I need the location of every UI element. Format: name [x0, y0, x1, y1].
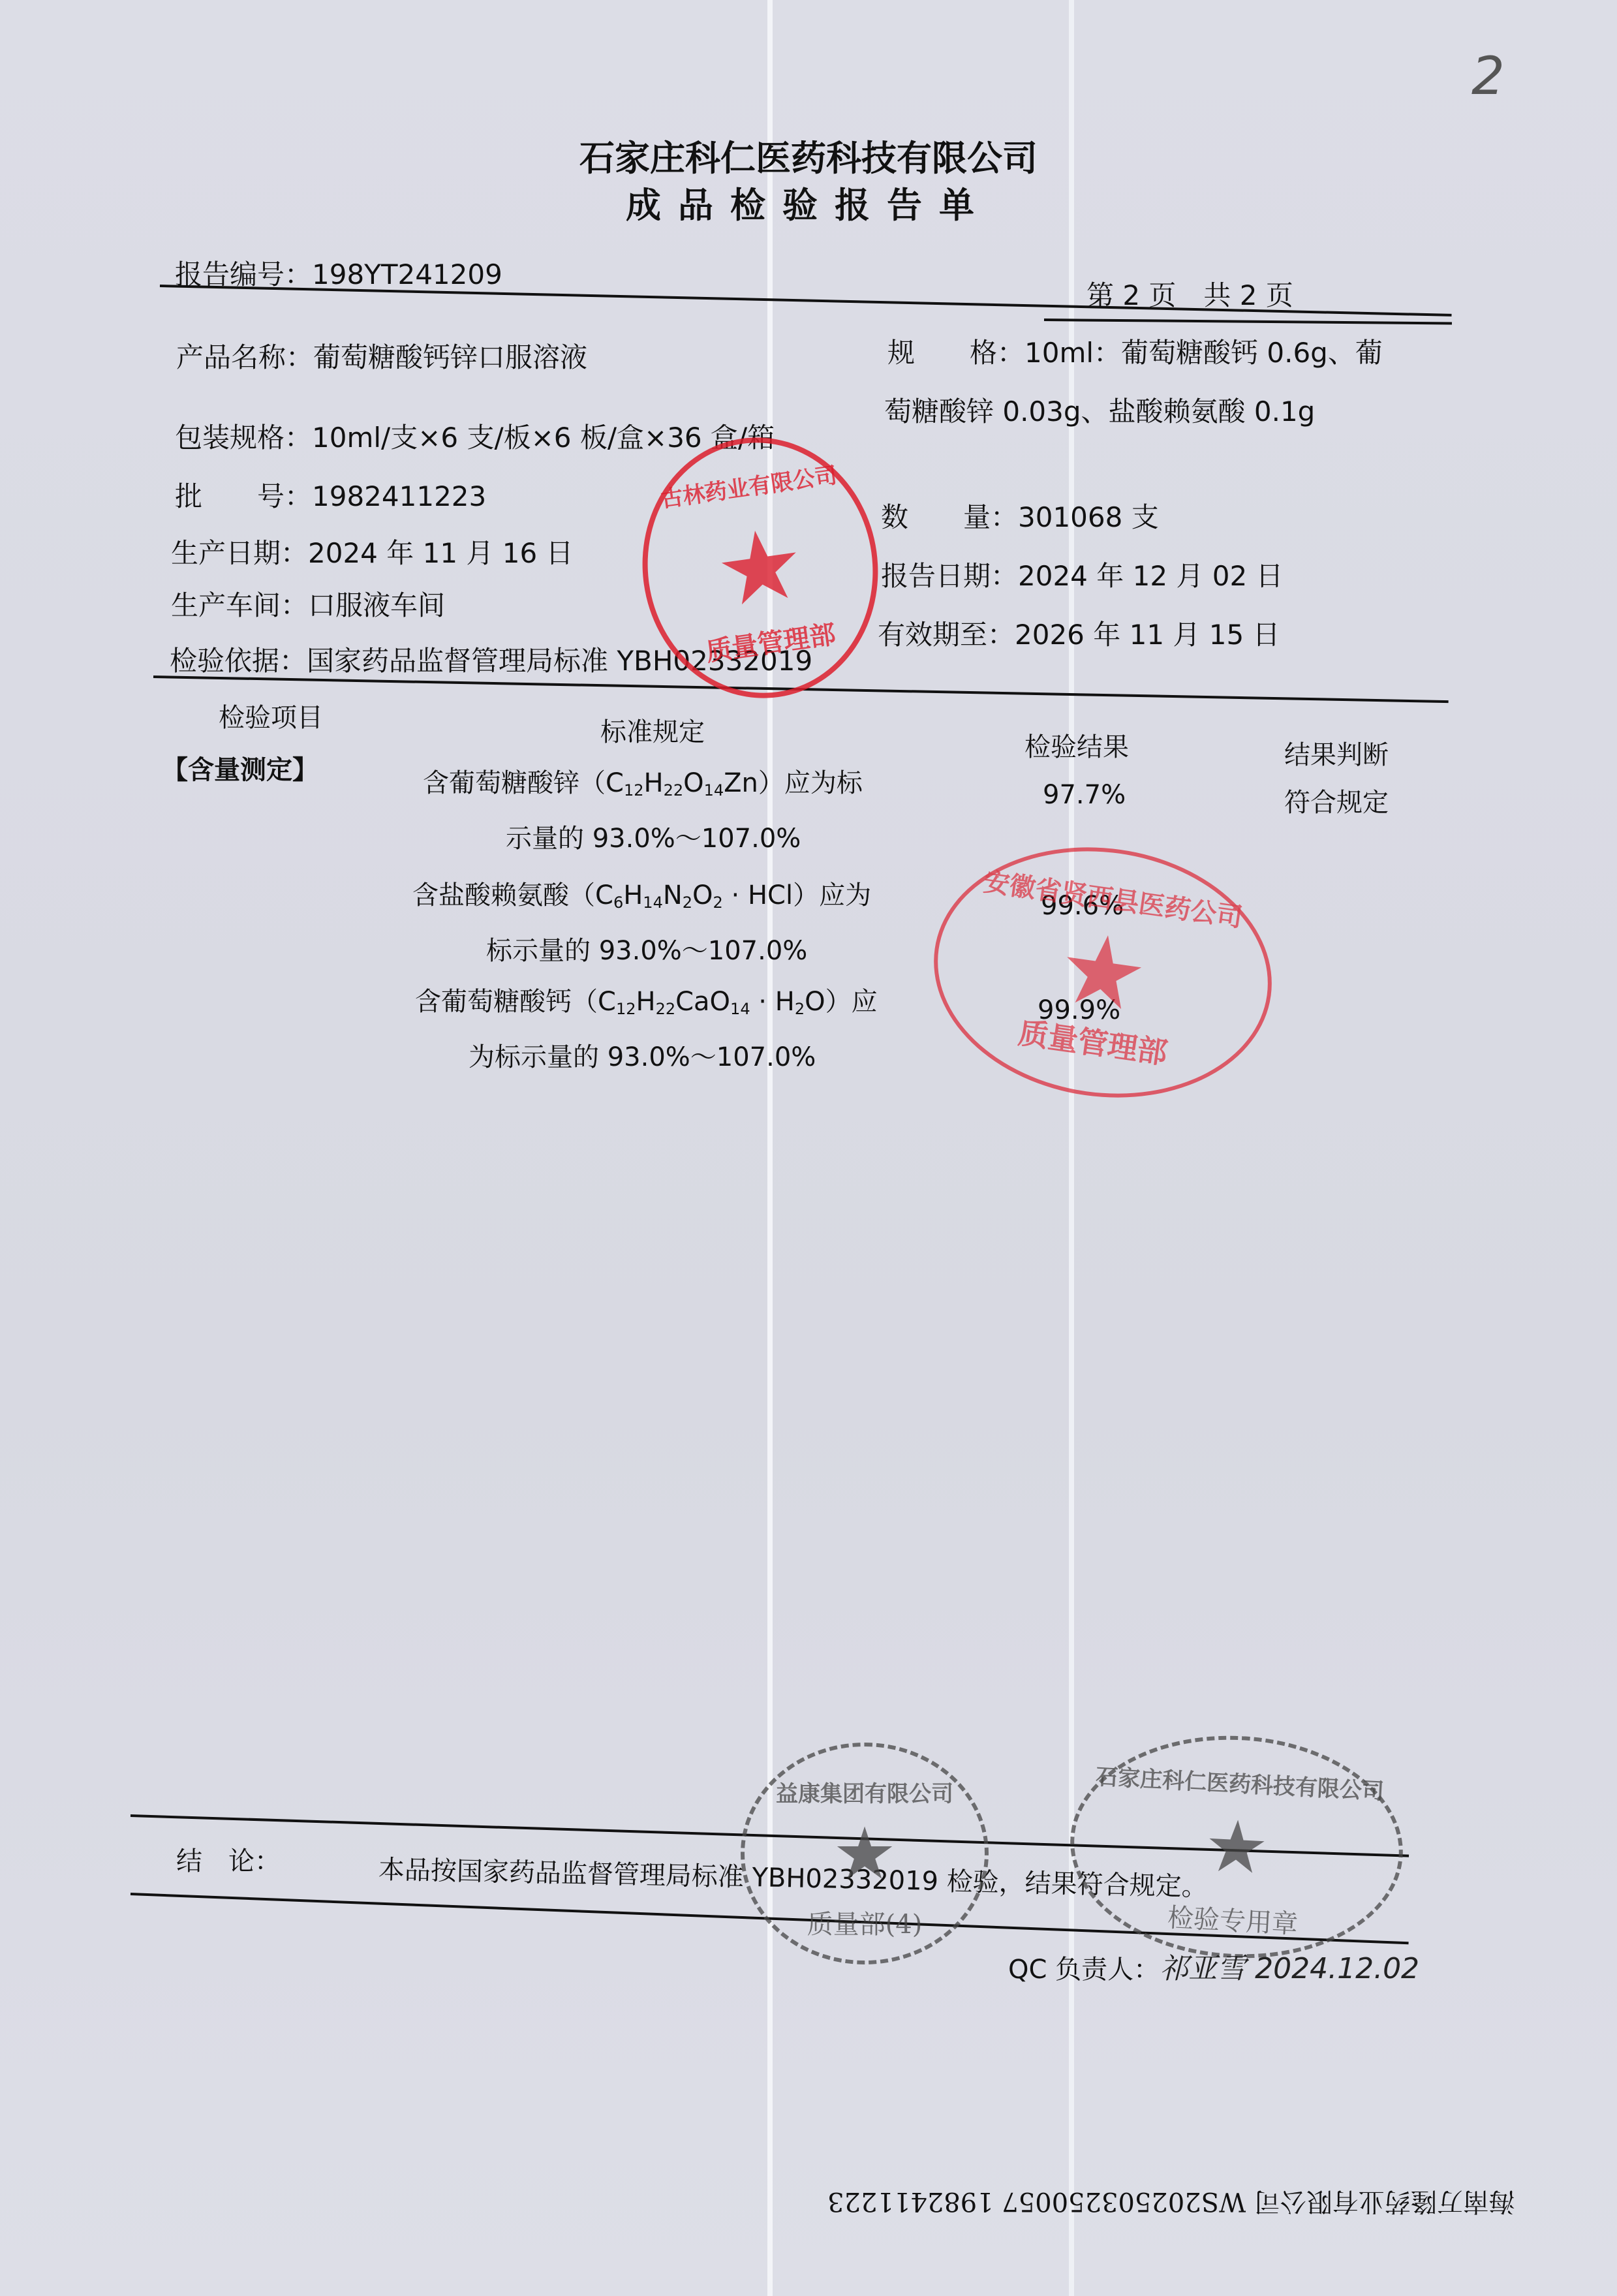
spec-value-line1: 10ml：葡萄糖酸钙 0.6g、葡	[1024, 337, 1383, 369]
workshop-field: 生产车间：口服液车间	[171, 584, 445, 623]
spec-field: 规 格：10ml：葡萄糖酸钙 0.6g、葡	[887, 332, 1383, 371]
standard-row-2-prefix: 含盐酸赖氨酸（	[412, 880, 595, 910]
inspection-basis-label: 检验依据：	[170, 645, 307, 677]
report-date-field: 报告日期：2024 年 12 月 02 日	[881, 555, 1284, 594]
production-date-field: 生产日期：2024 年 11 月 16 日	[171, 532, 574, 571]
product-name-label: 产品名称：	[176, 341, 313, 373]
test-item-assay: 【含量测定】	[162, 749, 318, 786]
workshop-value: 口服液车间	[308, 589, 445, 621]
stamp-1-top-text: 古林药业有限公司	[658, 458, 839, 514]
quality-dept-stamp-gray: ★ 益康集团有限公司 质量部(4)	[741, 1743, 989, 1964]
batch-label: 批 号：	[175, 480, 312, 512]
report-date-label: 报告日期：	[881, 560, 1018, 592]
standard-row-3-line-1: 含葡萄糖酸钙（C12H22CaO14 · H2O）应	[415, 981, 878, 1018]
col-header-result: 检验结果	[1024, 726, 1129, 764]
standard-row-1-line-1: 含葡萄糖酸锌（C12H22O14Zn）应为标	[423, 762, 863, 799]
page-marker-handwritten: 2	[1471, 46, 1505, 106]
standard-row-1-suffix: ）应为标	[758, 768, 863, 798]
standard-row-2-line-1: 含盐酸赖氨酸（C6H14N2O2 · HCl）应为	[412, 875, 871, 912]
spec-label: 规 格：	[887, 337, 1024, 369]
star-icon: ★	[710, 513, 810, 622]
expiry-field: 有效期至：2026 年 11 月 15 日	[878, 613, 1280, 653]
standard-row-2-line-2: 标示量的 93.0%～107.0%	[486, 930, 807, 967]
footer-mirrored-stamp-text: 海南万隆药业有限公司 WS202503250057 1982411223	[731, 2185, 1612, 2222]
product-name-field: 产品名称：葡萄糖酸钙锌口服溶液	[176, 336, 587, 375]
batch-field: 批 号：1982411223	[175, 475, 486, 514]
qc-signature: 祁亚雪 2024.12.02	[1160, 1952, 1419, 1985]
report-number-value: 198YT241209	[312, 258, 502, 290]
standard-row-3-line-2: 为标示量的 93.0%～107.0%	[469, 1036, 816, 1074]
standard-row-1-line-2: 示量的 93.0%～107.0%	[506, 818, 801, 855]
star-icon: ★	[1053, 918, 1153, 1027]
standard-row-3-prefix: 含葡萄糖酸钙（	[415, 987, 598, 1017]
stamp-3-top-text: 益康集团有限公司	[776, 1776, 953, 1808]
packing-field: 包装规格：10ml/支×6 支/板×6 板/盒×36 盒/箱	[175, 416, 775, 456]
standard-row-1-prefix: 含葡萄糖酸锌（	[423, 768, 606, 798]
spec-value-line2: 萄糖酸锌 0.03g、盐酸赖氨酸 0.1g	[884, 390, 1315, 429]
expiry-label: 有效期至：	[878, 619, 1015, 651]
report-date-value: 2024 年 12 月 02 日	[1018, 560, 1284, 592]
quantity-label: 数 量：	[881, 501, 1018, 533]
result-row-1: 97.7%	[1043, 780, 1126, 810]
formula-calcium-gluconate: C12H22CaO14 · H2O	[598, 987, 825, 1017]
production-date-label: 生产日期：	[171, 537, 308, 569]
product-name-value: 葡萄糖酸钙锌口服溶液	[313, 341, 587, 373]
col-header-standard: 标准规定	[600, 711, 705, 749]
formula-lysine-hcl: C6H14N2O2 · HCl	[595, 880, 793, 910]
quantity-field: 数 量：301068 支	[881, 496, 1159, 535]
col-header-item: 检验项目	[219, 697, 323, 734]
stamp-4-top-text: 石家庄科仁医药科技有限公司	[1095, 1759, 1385, 1806]
star-icon: ★	[833, 1818, 897, 1889]
qc-label: QC 负责人：	[1008, 1955, 1160, 1985]
star-icon: ★	[1203, 1809, 1270, 1884]
packing-value: 10ml/支×6 支/板×6 板/盒×36 盒/箱	[312, 422, 775, 454]
qc-signoff: QC 负责人：祁亚雪 2024.12.02	[1008, 1945, 1419, 1987]
stamp-2-bottom-text: 质量管理部	[1016, 1009, 1171, 1072]
stamp-3-bottom-text: 质量部(4)	[807, 1904, 923, 1941]
page-info: 第 2 页 共 2 页	[1086, 274, 1293, 313]
judgement-row-1: 符合规定	[1284, 782, 1389, 819]
stamp-4-bottom-text: 检验专用章	[1167, 1897, 1299, 1941]
packing-label: 包装规格：	[175, 422, 312, 454]
company-name: 石家庄科仁医药科技有限公司	[0, 131, 1617, 181]
formula-zinc-gluconate: C12H22O14Zn	[606, 768, 758, 798]
col-header-judgement: 结果判断	[1284, 734, 1389, 771]
expiry-value: 2026 年 11 月 15 日	[1015, 619, 1280, 651]
workshop-label: 生产车间：	[171, 589, 308, 621]
quantity-value: 301068 支	[1018, 501, 1159, 533]
conclusion-label: 结 论：	[176, 1840, 281, 1878]
document-title: 成品检验报告单	[0, 178, 1617, 228]
batch-value: 1982411223	[312, 480, 486, 512]
standard-row-3-suffix: ）应	[825, 987, 878, 1017]
standard-row-2-suffix: ）应为	[793, 880, 871, 910]
production-date-value: 2024 年 11 月 16 日	[308, 537, 574, 569]
